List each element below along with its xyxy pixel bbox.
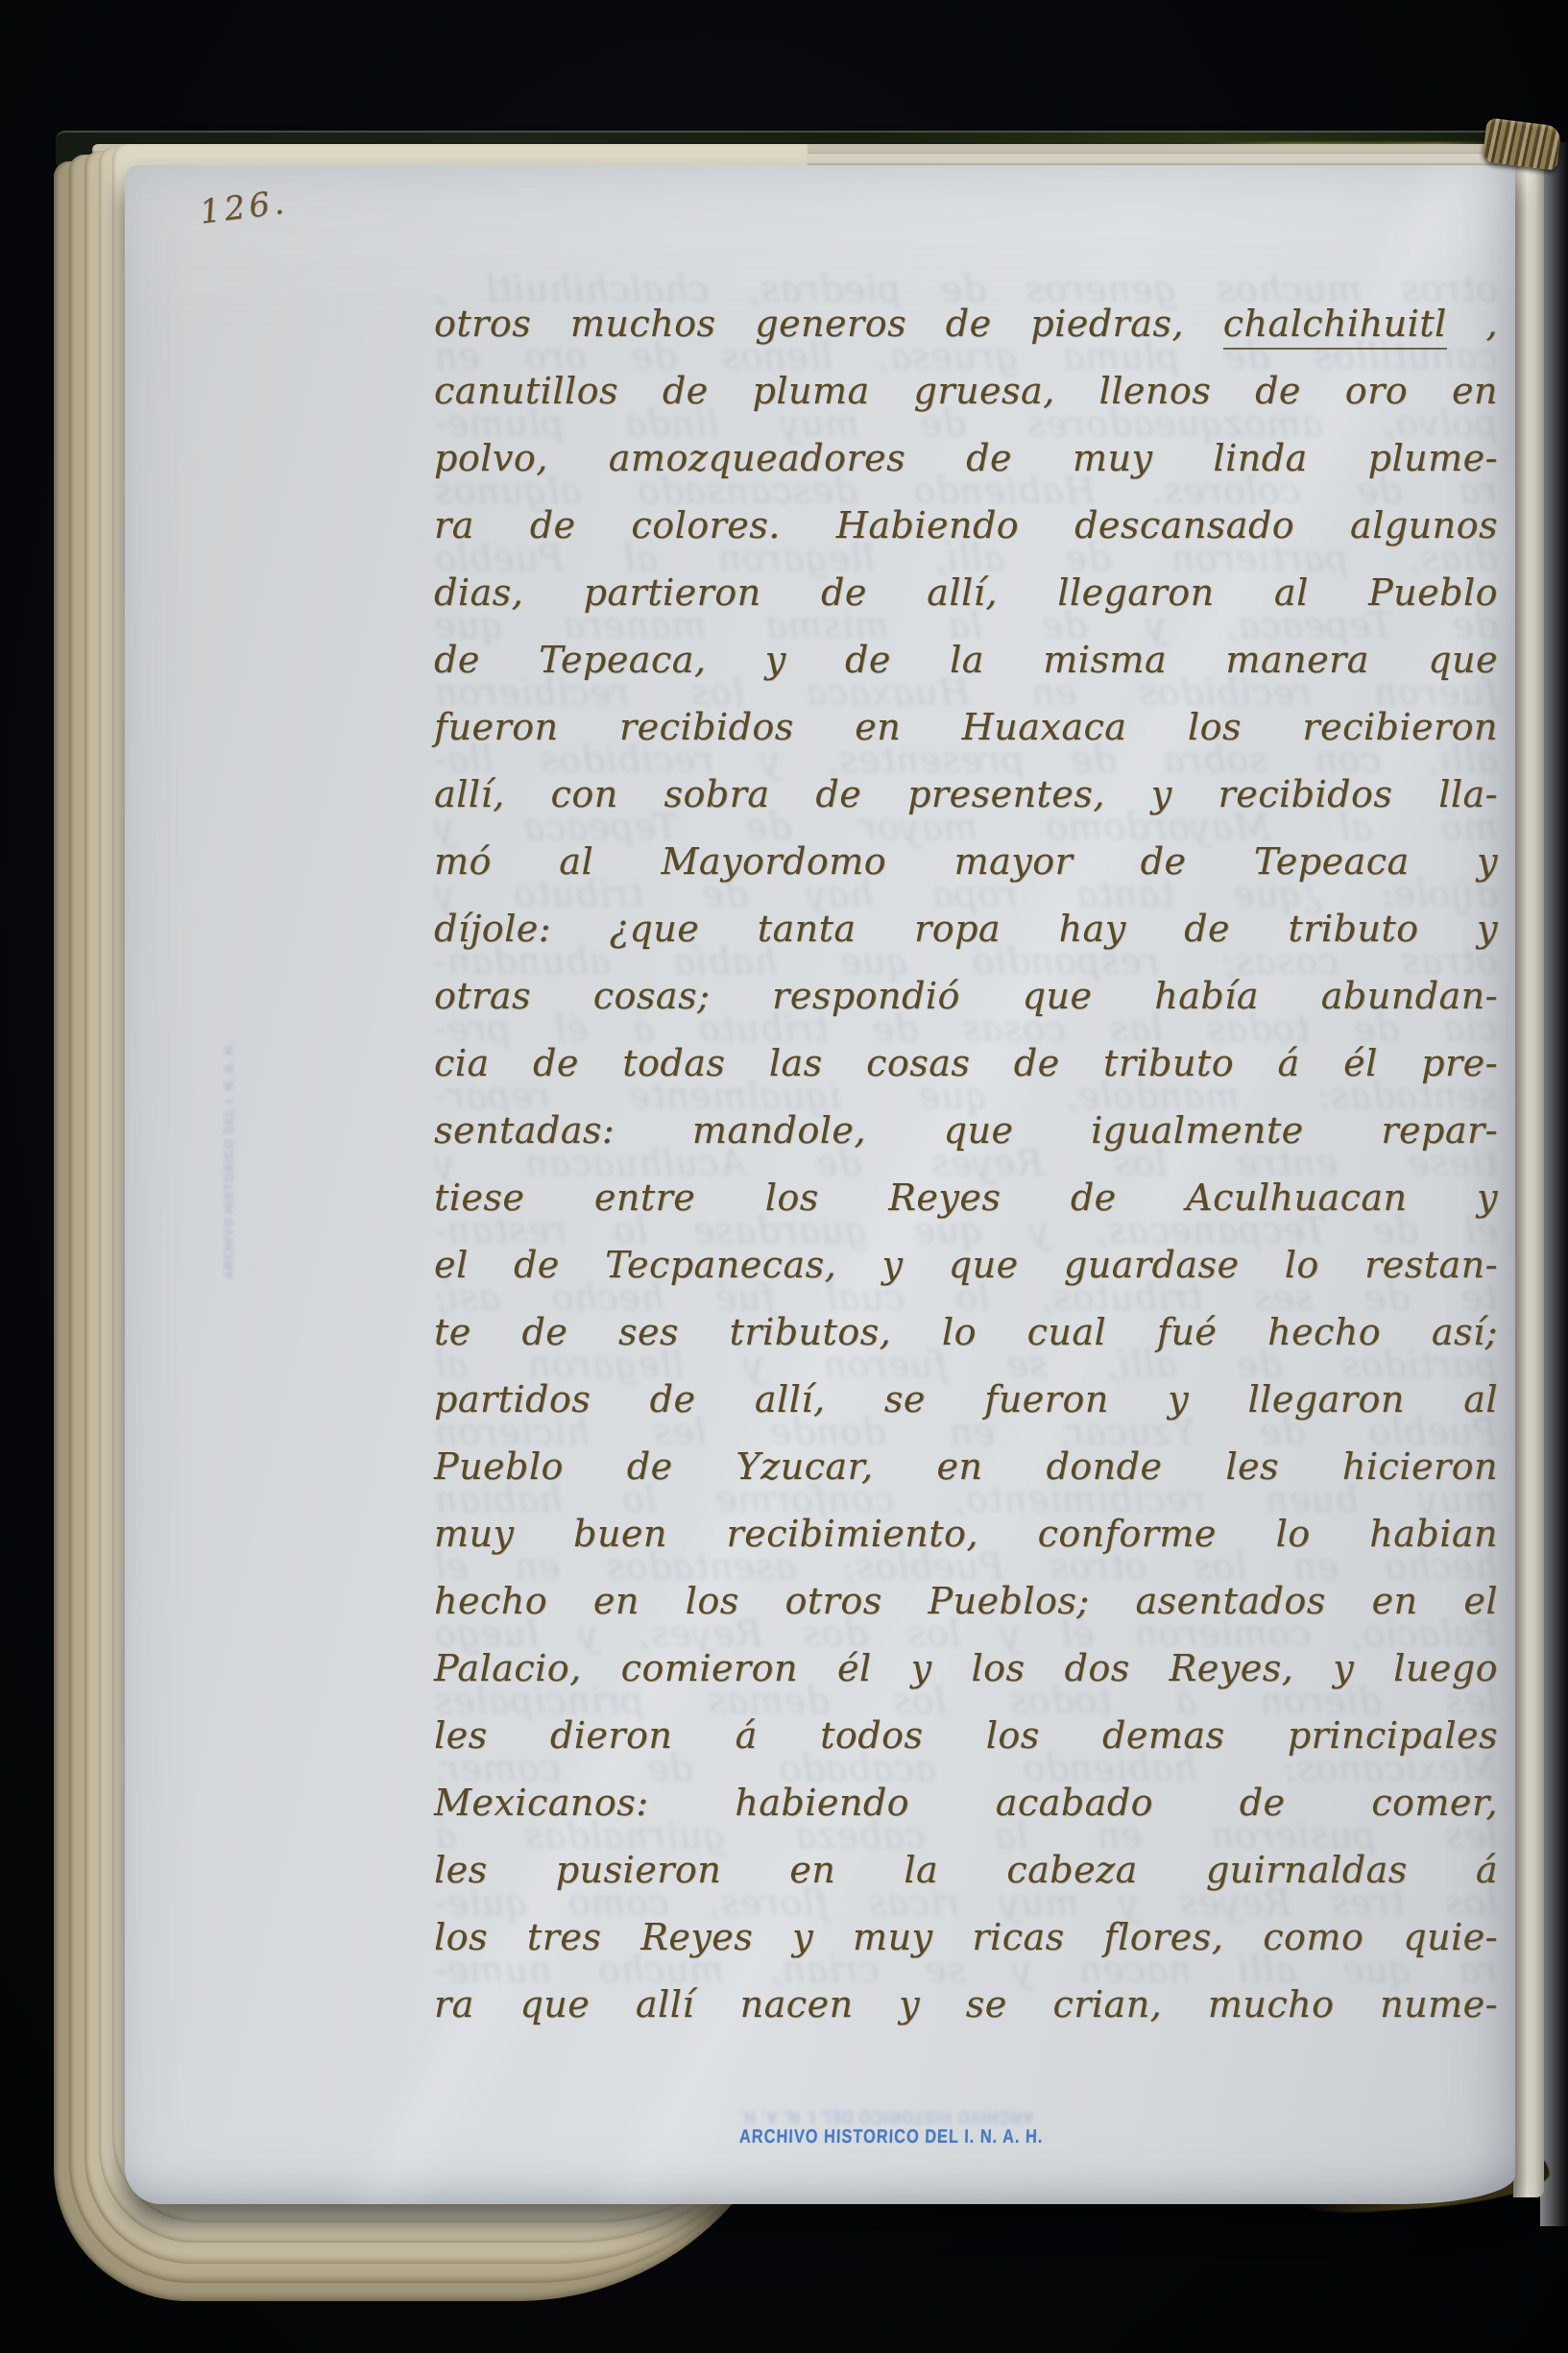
manuscript-line: mó al Mayordomo mayor de Tepeaca y (434, 828, 1498, 895)
manuscript-line: canutillos de pluma gruesa, llenos de or… (434, 357, 1498, 425)
manuscript-line: Palacio, comieron él y los dos Reyes, y … (434, 1635, 1498, 1702)
manuscript-line: otros muchos generos de piedras, chalchi… (434, 290, 1498, 357)
manuscript-line: cia de todas las cosas de tributo á él p… (434, 1030, 1498, 1097)
spine-headband (1482, 117, 1561, 170)
manuscript-line: de Tepeaca, y de la misma manera que (434, 626, 1498, 693)
manuscript-line: Mexicanos: habiendo acabado de comer, (434, 1769, 1498, 1836)
inah-stamp-offset-ghost: ARCHIVO HISTORICO DEL I. N. A. H. (738, 2105, 1034, 2126)
underlined-word: chalchihuitl (1223, 303, 1447, 350)
manuscript-line: sentadas: mandole, que igualmente repar- (434, 1097, 1498, 1164)
manuscript-line: hecho en los otros Pueblos; asentados en… (434, 1567, 1498, 1635)
manuscript-line: les pusieron en la cabeza guirnaldas á (434, 1836, 1498, 1904)
inah-stamp: ARCHIVO HISTORICO DEL I. N. A. H. (739, 2126, 1044, 2148)
photograph-of-manuscript-page: { "page": { "number": "126.", "colors": … (0, 0, 1568, 2353)
manuscript-line: tiese entre los Reyes de Aculhuacan y (434, 1164, 1498, 1231)
manuscript-line: díjole: ¿que tanta ropa hay de tributo y (434, 895, 1498, 962)
manuscript-line: les dieron á todos los demas principales (434, 1702, 1498, 1769)
spine-shadow (1540, 142, 1568, 2226)
manuscript-line: otras cosas; respondió que había abundan… (434, 962, 1498, 1030)
line-text: otros muchos generos de piedras, (434, 303, 1223, 345)
manuscript-line: los tres Reyes y muy ricas flores, como … (434, 1904, 1498, 1971)
manuscript-line: ra que allí nacen y se crian, mucho nume… (434, 1971, 1498, 2038)
inah-stamp-vertical-faint: ARCHIVO HISTORICO DEL I. N. A. H. (221, 1041, 236, 1279)
manuscript-line: dias, partieron de allí, llegaron al Pue… (434, 559, 1498, 626)
manuscript-line: polvo, amozqueadores de muy linda plume- (434, 425, 1498, 492)
manuscript-line: partidos de allí, se fueron y llegaron a… (434, 1366, 1498, 1433)
manuscript-line: ra de colores. Habiendo descansado algun… (434, 492, 1498, 559)
manuscript-line: te de ses tributos, lo cual fué hecho as… (434, 1298, 1498, 1366)
page-fold-edge (1513, 159, 1544, 2197)
manuscript-text: otros muchos generos de piedras, chalchi… (434, 290, 1498, 2038)
line-text: , (1447, 303, 1498, 345)
manuscript-line: Pueblo de Yzucar, en donde les hicieron (434, 1433, 1498, 1500)
manuscript-line: allí, con sobra de presentes, y recibido… (434, 761, 1498, 828)
manuscript-line: muy buen recibimiento, conforme lo habia… (434, 1500, 1498, 1567)
manuscript-line: fueron recibidos en Huaxaca los recibier… (434, 693, 1498, 761)
manuscript-line: el de Tecpanecas, y que guardase lo rest… (434, 1231, 1498, 1298)
